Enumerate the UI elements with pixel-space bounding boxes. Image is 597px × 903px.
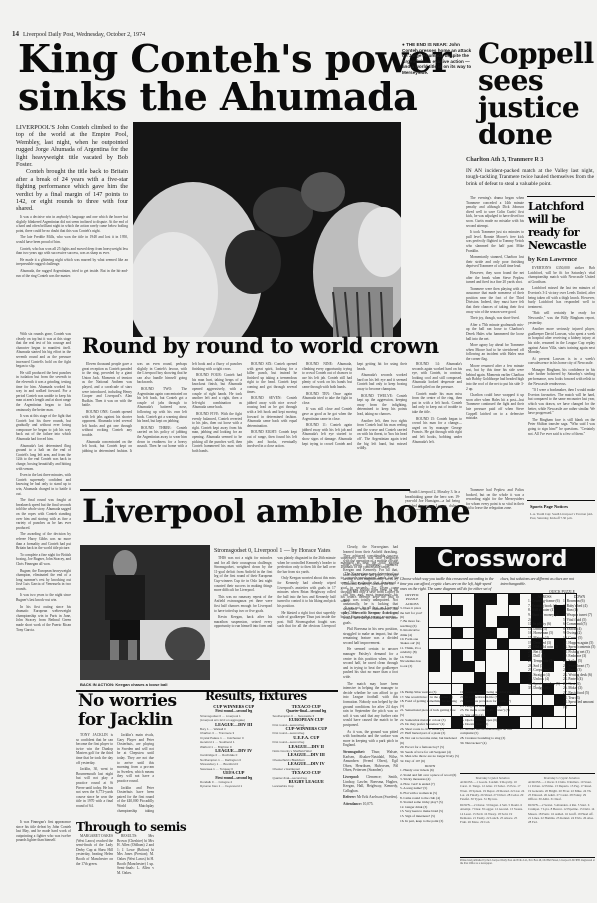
paragraph: Keegan should have been fit his old fire… (343, 588, 398, 625)
paragraph: Manager Bingham, his confidence in his s… (528, 368, 595, 386)
grid-cell[interactable] (429, 639, 440, 650)
solution-down: DOWN.—2 Sextet. 3 Abandon. 4 Rat. 5 Star… (528, 803, 595, 824)
results-section: LEAGUE—DIV IVCambridge 0 .... Rochdale 0… (200, 749, 268, 771)
paragraph: At present Lawson is in a week's convale… (528, 357, 595, 366)
grid-cell[interactable] (475, 661, 486, 672)
coppell-headline: Coppell sees justice done (478, 40, 596, 148)
paragraph: Jacklin, 30, went to Bournemouth last ni… (76, 767, 113, 808)
paragraph: Only Keegan worried about this miss for … (277, 576, 335, 608)
notices-title: Sports Page Notices (530, 504, 568, 509)
solution-across: ACROSS.—1 Goods. 6 Adult. 9 Royalty. 10 … (460, 780, 525, 801)
paragraph: ROUND 15: Conteh began to crowd his man … (412, 417, 462, 445)
paragraph: To complete a fine night for British box… (16, 553, 71, 567)
grid-cell[interactable] (497, 661, 508, 672)
latchford-body: EVERTON'S £350,000 striker Bob Latchford… (528, 266, 595, 481)
grid-block (475, 672, 486, 683)
coppell-end: Tranmere had Peplow and Palios booked, b… (466, 488, 524, 518)
paragraph: ROUND FIVE: With the fight evenly balanc… (192, 412, 242, 453)
grid-cell[interactable] (509, 605, 520, 616)
lineup-players: 10,075. (363, 802, 374, 806)
paragraph: Momentarily stunned, Charlton lost their… (466, 255, 524, 269)
grid-cell[interactable] (463, 650, 474, 661)
grid-cell[interactable] (452, 639, 463, 650)
paragraph: ROUND EIGHT: Conteh kept out of range, t… (247, 430, 297, 448)
grid-cell[interactable] (463, 616, 474, 627)
paragraph: RESULTS: Mrs Brown (Cheshire) bt Mrs H. … (117, 834, 154, 875)
quick-across-column: ACROSS 1. Counting-frame (6) 7. Exciting… (528, 595, 561, 710)
coppell-lead: IN AN incident-packed match at the Valle… (466, 168, 594, 187)
paragraph: Eleven thousand people gave a great rece… (82, 362, 132, 408)
paragraph: It was Finnegan's first appearance since… (16, 820, 71, 843)
grid-block (475, 605, 486, 616)
divider (460, 857, 595, 858)
crossword-banner: Crossword (415, 547, 595, 573)
result-line: Lancashire Cup (273, 784, 341, 788)
grid-cell[interactable] (486, 661, 497, 672)
grid-block (452, 628, 463, 639)
coppell-continued: South Liverpool 2, Mossley 3. In a breat… (405, 490, 460, 510)
paragraph: Ahumada's seconds worked hard on his lef… (357, 373, 407, 391)
grid-cell[interactable] (497, 594, 508, 605)
paragraph: It was two years to the night since Bugn… (16, 593, 71, 602)
paragraph: ROUND SEVEN: Conteh jabbed away with nic… (247, 396, 297, 428)
cryptic-solution: Yesterday's Cryptic Solution ACROSS.—1 O… (528, 776, 595, 866)
keegan-photo (80, 545, 210, 680)
paragraph: Their joy, though, was short-lived. (466, 316, 524, 321)
paragraph: He still produced the best punches in is… (16, 371, 71, 412)
grid-block (497, 616, 508, 627)
paragraph: "If I were a bookmaker, then I would mak… (528, 388, 595, 416)
grid-block (452, 661, 463, 672)
main-story-body-end: It was Finnegan's first appearance since… (16, 820, 71, 865)
paragraph: EVERTON'S £350,000 striker Bob Latchford… (528, 266, 595, 284)
boxing-photo (133, 122, 401, 337)
paragraph: Even in the last three minutes, with Con… (16, 473, 71, 496)
paragraph: Jacklin's main rivals, Gary Player and P… (117, 733, 154, 784)
grid-block (429, 661, 440, 672)
clue: 21. Sensational piece of luck getting fr… (400, 708, 460, 717)
paragraph: THIS was not a night for miracles and fo… (214, 556, 272, 593)
grid-block (486, 594, 497, 605)
grid-cell[interactable] (440, 616, 451, 627)
clue: 19. Gangster aid to being an American (5… (460, 690, 522, 695)
cryptic-across-continued: 16. Hemp Silas weaves (3) 17. She would … (400, 690, 460, 823)
paragraph: Conteh made his man miss from the centre… (412, 392, 462, 415)
clue: 28. Specified amount (4) (563, 700, 596, 709)
grid-block (475, 639, 486, 650)
keegan-photo-caption: BACK IN ACTION: Keegan chases a loose ba… (80, 682, 210, 688)
divider (527, 196, 595, 197)
grid-block (475, 594, 486, 605)
paragraph: Latchford missed the last ten minutes of… (528, 286, 595, 309)
paragraph: ROUND FOUR: Conteh had his man hurt, tak… (192, 373, 242, 410)
grid-cell[interactable] (497, 628, 508, 639)
paragraph: Moore resumed after a few minute rest, b… (466, 364, 524, 392)
paragraph: ROUND TWELVE: Conteh kept up the aggress… (357, 394, 407, 417)
paragraph: Ahumada's last determined fling ground t… (16, 444, 71, 472)
grid-cell[interactable] (463, 594, 474, 605)
grid-cell[interactable] (509, 672, 520, 683)
cryptic-title: CRYPTIC PUZZLE (400, 593, 424, 602)
results-section: LEAGUE—DIV IIIBury 1 .... Walsall 0Charl… (200, 723, 268, 749)
grid-cell[interactable] (554, 717, 565, 728)
liverpool-body-column: Clearly, the Norwegians had learned from… (343, 545, 398, 895)
main-story-body-column: With six rounds gone, Conteh was clearly… (16, 332, 71, 692)
results-section: CUP WINNERS CUPFirst round—second legStr… (200, 705, 268, 723)
results-table: CUP WINNERS CUPFirst round—second legStr… (200, 705, 340, 885)
paragraph: Bugner, the European heavyweight champio… (16, 569, 71, 592)
cryptic-across-continued-2: 19. Gangster aid to being an American (5… (460, 690, 522, 745)
grid-block (509, 616, 520, 627)
grid-cell[interactable] (463, 628, 474, 639)
paragraph: ROUND TWO: The Argentinian again concent… (137, 387, 187, 424)
notices-text: L.A. Youth Cup: South Liverpool v Everto… (530, 512, 594, 520)
solution-across: ACROSS.—1 Oscar. 6 Clubs. 9 Rollers. 10 … (528, 780, 595, 801)
grid-cell[interactable] (566, 717, 577, 728)
results-section: RUGBY LEAGUELancashire Cup (273, 780, 341, 789)
paragraph: MARGARET OAKES (West Lancs) reached the … (76, 834, 113, 866)
paragraph: Another left, then two rights from Conte… (357, 419, 407, 451)
paragraph: As it was, the ground was pitted with ho… (343, 730, 398, 748)
lead-paragraph-2: Conteh brought the title back to Britain… (16, 168, 128, 212)
grid-cell[interactable] (532, 717, 543, 728)
grid-block (497, 639, 508, 650)
paragraph: The match may have been intensive in hel… (343, 682, 398, 728)
lineup-team: Attendance: (343, 802, 362, 806)
grid-cell[interactable] (463, 672, 474, 683)
liverpool-subhead: Stromsgodset 0, Liverpool 1 — by Horace … (214, 548, 331, 554)
grid-block (475, 616, 486, 627)
grid-cell[interactable] (440, 672, 451, 683)
solution-down: DOWN.—2 Orator. 3 Dragon. 4 Salt. 5 Doub… (460, 803, 525, 824)
clue: 7. Be more far-reaching (6) (400, 619, 424, 628)
grid-block (509, 594, 520, 605)
grid-block (509, 628, 520, 639)
grid-block (486, 628, 497, 639)
grid-cell[interactable] (497, 605, 508, 616)
grid-cell[interactable] (497, 650, 508, 661)
paragraph: It took Tranmere just six minutes to pul… (466, 230, 524, 253)
lead-paragraph: LIVERPOOL'S John Conteh climbed to the t… (16, 124, 128, 168)
paragraph: Ahumada, the rugged Argentinian, tried t… (16, 269, 128, 278)
lineup-team: Liverpool: (343, 775, 359, 779)
jacklin-headline-line1: No worries (78, 692, 177, 711)
paragraph: In his first outing since his dramatic E… (16, 605, 71, 633)
paragraph: After a 75th minute goalmouth mix-up the… (466, 323, 524, 341)
imprint-footer: Printed and published by the Liverpool D… (460, 859, 595, 866)
grid-cell[interactable] (429, 672, 440, 683)
grid-cell[interactable] (543, 717, 554, 728)
clue: 28. Not out to become ruler, but hardene… (400, 736, 460, 745)
clue: 3. Does it place the ball for you? (6) (400, 606, 424, 619)
grid-cell[interactable] (463, 605, 474, 616)
paragraph: It was a decisive win in anybody's langu… (16, 215, 128, 233)
paragraph: TONY JACKLIN is so confident that he can… (76, 733, 113, 765)
paragraph: The late Freddie Mills, who won the titl… (16, 235, 128, 244)
clue: 27. Mother has an afterthought on this c… (460, 727, 522, 736)
clue: 16. In part, keep to the point (3) (400, 819, 460, 824)
quick-solution: Yesterday's Quick Solution ACROSS.—1 Goo… (460, 776, 525, 866)
paragraph: The awarding of the decision by referee … (16, 532, 71, 550)
paragraph: He made it a glittering night which was … (16, 258, 128, 267)
grid-cell[interactable] (486, 616, 497, 627)
clue: 9. Intoxicative drink (4) (400, 628, 424, 637)
paragraph: He seemed certain to answer manager Pais… (343, 647, 398, 679)
paragraph: "Bob will certainly be ready for Newcast… (528, 311, 595, 325)
photo-caption: ● THE END IS NEAR: John Conteh presses h… (402, 42, 472, 76)
main-story-lead: LIVERPOOL'S John Conteh climbed to the t… (16, 124, 128, 213)
paragraph: The final round was fought at breakneck … (16, 498, 71, 530)
paragraph: ROUND 14: Ahumada's seconds again worked… (412, 362, 462, 390)
lineup-players: Mr Erik Axelsson (Sweden). (357, 795, 398, 799)
divider (80, 489, 410, 491)
paragraph: Phil Boersma in his new position, strugg… (343, 627, 398, 645)
quick-puzzle: QUICK PUZZLE ACROSS 1. Counting-frame (6… (528, 590, 596, 709)
lineup-team: Stromsgodset: (343, 750, 365, 754)
grid-cell[interactable] (440, 650, 451, 661)
clue: 14. What Nicodemus has to eat (3) (400, 655, 424, 668)
main-headline-line2: sinks the Ahumada (18, 78, 417, 116)
jacklin-headline-line2: for Jacklin (78, 711, 173, 730)
coppell-score: Charlton Ath 3, Tranmere R 3 (466, 157, 543, 163)
caption-text: THE END IS NEAR: John Conteh presses hom… (402, 42, 471, 75)
clue: 9. Short of money (4-2) (528, 613, 561, 622)
results-section: UEFA CUPFirst round—second legDundalk 0 … (200, 771, 268, 789)
grid-cell[interactable] (509, 639, 520, 650)
clue: 18. Fond of getting something for nothin… (400, 699, 460, 708)
cryptic-clues-column: CRYPTIC PUZZLE ACROSS 3. Does it place t… (400, 593, 424, 668)
jacklin-body: TONY JACKLIN is so confident that he can… (76, 733, 154, 818)
clue: 10. Form one 'makes out' (6) (400, 637, 424, 646)
paragraph: ROUND ONE: Conteh opened with left jabs … (82, 410, 132, 438)
paragraph: With six rounds gone, Conteh was clearly… (16, 332, 71, 369)
paragraph: Conteh, who has won all 25 fights and mo… (16, 247, 128, 256)
quick-down-column: DOWN 1. Bowman (6) 2. Baby's bed (4) 3. … (563, 595, 596, 710)
divider (460, 773, 595, 774)
keegan-photo-image (80, 545, 210, 680)
paragraph: Charlton could have wrapped it up soon a… (466, 393, 524, 421)
paragraph: However, they soon found the net after t… (466, 271, 524, 285)
grid-cell[interactable] (429, 605, 440, 616)
paragraph: The evening's drama began when Tranmere … (466, 196, 524, 228)
main-headline-line1: King Conteh's power (18, 40, 451, 78)
latchford-byline: by Ken Lawrence (528, 256, 577, 263)
divider (527, 500, 595, 501)
grid-cell[interactable] (486, 605, 497, 616)
paragraph: South Liverpool 2, Mossley 3. In a breat… (405, 490, 460, 510)
latchford-headline: Latchford will be ready for Newcastle (528, 200, 596, 252)
clue: 30. Nutcracker? (4) (460, 741, 522, 746)
grid-block (452, 650, 463, 661)
paragraph: This was no runaway repeat of the Anfiel… (214, 595, 272, 613)
grid-cell[interactable] (429, 628, 440, 639)
grid-cell[interactable] (509, 661, 520, 672)
semis-body: MARGARET OAKES (West Lancs) reached the … (76, 834, 154, 879)
grid-cell[interactable] (429, 594, 440, 605)
paragraph: If was still close and Conteh gave as go… (302, 407, 352, 421)
paragraph: ROUND NINE: Ahumada, climbing every oppo… (302, 362, 352, 390)
lineup-team: Referee: (343, 795, 356, 799)
grid-cell[interactable] (440, 594, 451, 605)
clue: 4. Weapon turret (7) (563, 613, 596, 618)
grid-cell[interactable] (463, 639, 474, 650)
grid-block (475, 628, 486, 639)
paragraph: ROUND SIX: Conteh opened with great spir… (247, 362, 297, 394)
grid-block (452, 605, 463, 616)
grid-cell[interactable] (486, 639, 497, 650)
boxing-photo-image (133, 122, 401, 337)
grid-cell[interactable] (429, 616, 440, 627)
grid-block (475, 650, 486, 661)
paragraph: Clearly, the Norwegians had learned from… (343, 545, 398, 586)
result-line: Dynamo Kiev 1 .... Feyenoord 1 (200, 784, 268, 788)
grid-cell[interactable] (452, 616, 463, 627)
paragraph: Tranmere were then playing with an assur… (466, 287, 524, 315)
paragraph: The Bingham face is still blank on the P… (528, 418, 595, 436)
grid-cell[interactable] (440, 639, 451, 650)
grid-cell[interactable] (452, 594, 463, 605)
grid-cell[interactable] (486, 650, 497, 661)
round-by-round-body: Eleven thousand people gave a great rece… (82, 362, 462, 482)
clue: 11. Think, it's a celebrity (8) (400, 646, 424, 655)
coppell-body: The evening's drama began when Tranmere … (466, 196, 524, 486)
paragraph: ROUND TEN: Once again Ahumada tried to t… (302, 392, 352, 406)
grid-cell[interactable] (509, 650, 520, 661)
grid-block (497, 672, 508, 683)
round-by-round-headline: Round by round to world crown (82, 334, 439, 358)
grid-cell[interactable] (452, 672, 463, 683)
main-story-body-top: It was a decisive win in anybody's langu… (16, 215, 128, 330)
semis-headline: Through to semis (76, 820, 186, 834)
results-headline: Results, fixtures (205, 689, 307, 703)
grid-block (440, 605, 451, 616)
paragraph: Tranmere had Peplow and Palios booked, b… (466, 488, 524, 511)
grid-block (429, 650, 440, 661)
grid-block (463, 661, 474, 672)
grid-cell[interactable] (440, 628, 451, 639)
paragraph: Another more seriously injured player, g… (528, 327, 595, 355)
paragraph: It was at this stage of the fight that C… (16, 414, 71, 442)
clue: 33. Dodges (6) (528, 686, 561, 691)
grid-cell[interactable] (440, 661, 451, 672)
paragraph: More agony lay ahead for Tranmere when M… (466, 343, 524, 361)
grid-cell[interactable] (486, 672, 497, 683)
